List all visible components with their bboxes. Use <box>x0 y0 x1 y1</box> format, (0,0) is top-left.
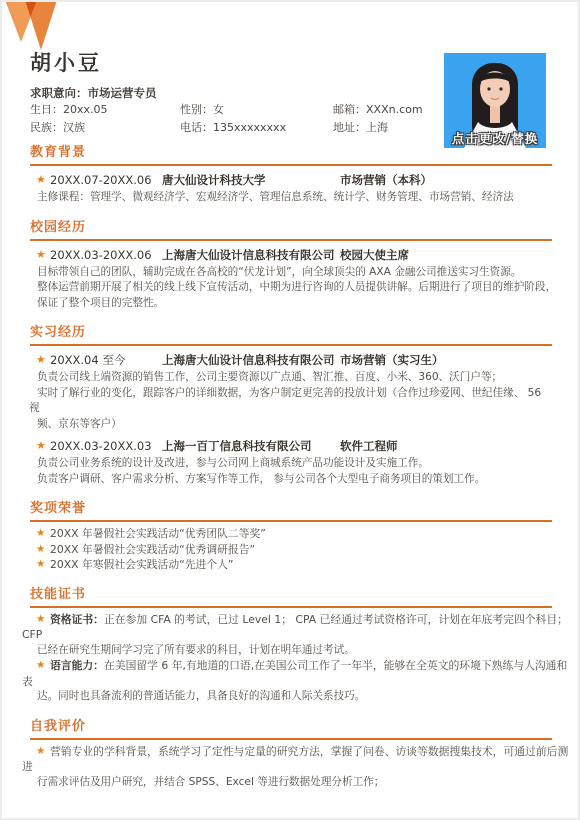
skill-item-certificates: ★ 资格证书：正在参加 CFA 的考试，已过 Level 1； CPA 已经通过… <box>30 612 552 628</box>
entry-role: 市场营销（实习生） <box>340 353 444 367</box>
campus-entry: ★ 20XX.03-20XX.06 上海唐大仙设计信息科技有限公司 校园大使主席 <box>30 248 552 262</box>
section-title-campus: 校园经历 <box>30 221 552 235</box>
skills-list: ★ 资格证书：正在参加 CFA 的考试，已过 Level 1； CPA 已经通过… <box>30 612 552 705</box>
section-rule <box>30 164 552 166</box>
entry-date: 20XX.04 至今 <box>50 353 162 367</box>
logo-w-icon <box>3 0 59 50</box>
star-icon: ★ <box>36 542 50 558</box>
star-icon: ★ <box>36 248 50 262</box>
section-campus: 校园经历 ★ 20XX.03-20XX.06 上海唐大仙设计信息科技有限公司 校… <box>30 221 552 312</box>
education-entry: ★ 20XX.07-20XX.06 唐大仙设计科技大学 市场营销（本科） <box>30 173 552 187</box>
entry-date: 20XX.03-20XX.06 <box>50 248 162 262</box>
internship-1-description: 负责公司线上端资源的销售工作，公司主要资源以广点通、智汇推、百度、小米、360、… <box>37 370 552 432</box>
section-awards: 奖项荣誉 ★ 20XX 年暑假社会实践活动“优秀团队二等奖” ★ 20XX 年暑… <box>30 502 552 573</box>
internship-entry-1: ★ 20XX.04 至今 上海唐大仙设计信息科技有限公司 市场营销（实习生） <box>30 353 552 367</box>
section-education: 教育背景 ★ 20XX.07-20XX.06 唐大仙设计科技大学 市场营销（本科… <box>30 146 552 206</box>
entry-company: 上海唐大仙设计信息科技有限公司 <box>162 353 340 367</box>
section-rule <box>30 520 552 522</box>
star-icon: ★ <box>36 612 50 628</box>
entry-role: 软件工程师 <box>340 439 398 453</box>
star-icon: ★ <box>36 557 50 573</box>
skill-item-language-cont: 达。同时也具备流利的普通话能力，具备良好的沟通和人际关系技巧。 <box>37 689 552 705</box>
entry-company: 上海一百丁信息科技有限公司 <box>162 439 340 453</box>
star-icon: ★ <box>36 658 50 674</box>
wrap-char: 表 <box>22 674 552 690</box>
wrap-char: CFP <box>22 627 552 643</box>
field-birthday: 生日：20xx.05 <box>30 103 180 116</box>
internship-2-description: 负责公司业务系统的设计及改进，参与公司网上商城系统产品功能设计及实施工作。 负责… <box>37 456 552 487</box>
wrap-char: 视 <box>29 401 552 417</box>
education-courses: 主修课程：管理学、微观经济学、宏观经济学、管理信息系统、统计学、财务管理、市场营… <box>37 190 552 206</box>
skill-item-language: ★ 语言能力：在美国留学 6 年,有地道的口语,在美国公司工作了一年半，能够在全… <box>30 658 552 674</box>
entry-school: 唐大仙设计科技大学 <box>162 173 340 187</box>
section-rule <box>30 239 552 241</box>
awards-list: ★ 20XX 年暑假社会实践活动“优秀团队二等奖” ★ 20XX 年暑假社会实践… <box>30 526 552 573</box>
photo-replace-button[interactable]: 点击更改/替换 <box>444 129 546 147</box>
entry-role: 校园大使主席 <box>340 248 409 262</box>
resume-body: 教育背景 ★ 20XX.07-20XX.06 唐大仙设计科技大学 市场营销（本科… <box>0 146 580 790</box>
internship-entry-2: ★ 20XX.03-20XX.03 上海一百丁信息科技有限公司 软件工程师 <box>30 439 552 453</box>
wrap-char: 进 <box>22 759 552 775</box>
section-title-skills: 技能证书 <box>30 588 552 602</box>
star-icon: ★ <box>36 744 50 760</box>
id-photo[interactable]: 点击更改/替换 <box>444 53 546 148</box>
entry-major: 市场营销（本科） <box>340 173 432 187</box>
star-icon: ★ <box>36 439 50 453</box>
star-icon: ★ <box>36 353 50 367</box>
entry-company: 上海唐大仙设计信息科技有限公司 <box>162 248 340 262</box>
job-objective: 求职意向：市场运营专员 <box>30 85 157 101</box>
star-icon: ★ <box>36 173 50 187</box>
section-title-awards: 奖项荣誉 <box>30 502 552 516</box>
section-title-internship: 实习经历 <box>30 326 552 340</box>
section-rule <box>30 738 552 740</box>
section-title-education: 教育背景 <box>30 146 552 160</box>
self-evaluation-cont: 行需求评估及用户研究，并结合 SPSS、Excel 等进行数据处理分析工作； <box>37 775 552 791</box>
award-item: ★ 20XX 年暑假社会实践活动“优秀调研报告” <box>30 542 552 558</box>
candidate-name: 胡小豆 <box>30 50 102 76</box>
section-self-evaluation: 自我评价 ★ 营销专业的学科背景，系统学习了定性与定量的研究方法，掌握了问卷、访… <box>30 720 552 791</box>
section-title-self-evaluation: 自我评价 <box>30 720 552 734</box>
self-evaluation-item: ★ 营销专业的学科背景，系统学习了定性与定量的研究方法，掌握了问卷、访谈等数据搜… <box>30 744 552 760</box>
contact-info-grid: 生日：20xx.05 性别：女 邮箱：XXXn.com 民族：汉族 电话：135… <box>30 103 440 134</box>
award-item: ★ 20XX 年暑假社会实践活动“优秀团队二等奖” <box>30 526 552 542</box>
field-address: 地址：上海 <box>333 121 440 134</box>
field-email: 邮箱：XXXn.com <box>333 103 440 116</box>
star-icon: ★ <box>36 526 50 542</box>
section-internship: 实习经历 ★ 20XX.04 至今 上海唐大仙设计信息科技有限公司 市场营销（实… <box>30 326 552 487</box>
award-item: ★ 20XX 年寒假社会实践活动“先进个人” <box>30 557 552 573</box>
section-skills: 技能证书 ★ 资格证书：正在参加 CFA 的考试，已过 Level 1； CPA… <box>30 588 552 705</box>
campus-description: 目标带领自己的团队，辅助完成在各高校的“伏龙计划”，向全球顶尖的 AXA 金融公… <box>37 265 552 312</box>
entry-date: 20XX.07-20XX.06 <box>50 173 162 187</box>
section-rule <box>30 606 552 608</box>
field-ethnicity: 民族：汉族 <box>30 121 180 134</box>
section-rule <box>30 344 552 346</box>
field-phone: 电话：135xxxxxxxx <box>180 121 333 134</box>
field-gender: 性别：女 <box>180 103 333 116</box>
resume-page: { "colors":{"accent":"#db6f2b","rule":"#… <box>0 0 580 820</box>
self-evaluation-list: ★ 营销专业的学科背景，系统学习了定性与定量的研究方法，掌握了问卷、访谈等数据搜… <box>30 744 552 791</box>
entry-date: 20XX.03-20XX.03 <box>50 439 162 453</box>
skill-item-certificates-cont: 已经在研究生期间学习完了所有要求的科目，计划在明年通过考试。 <box>37 643 552 659</box>
